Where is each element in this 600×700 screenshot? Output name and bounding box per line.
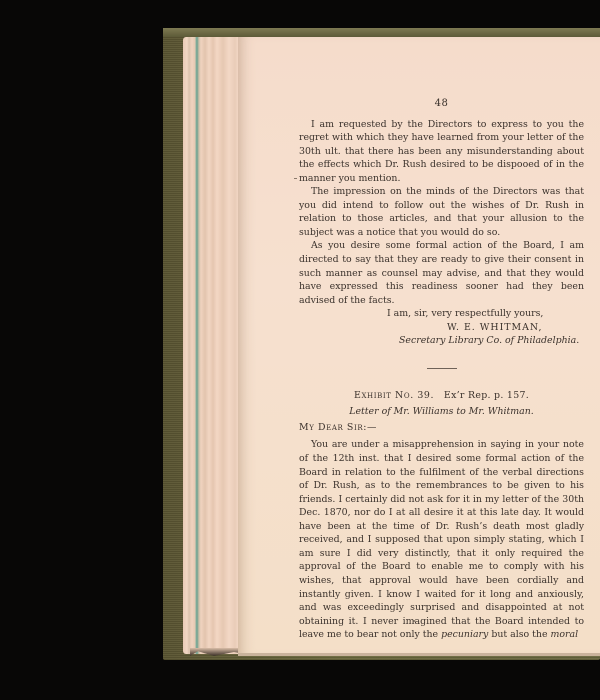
page-mark [413, 620, 415, 622]
book-scan: 48 I am requested by the Directors to ex… [0, 0, 600, 700]
page-number: 48 [299, 97, 584, 111]
exhibit-label: Exhibit No. 39. [354, 390, 434, 401]
salutation: My Dear Sir:— [299, 421, 584, 435]
exhibit-reference: Ex’r Rep. p. 157. [444, 390, 529, 401]
page-edges-stack [183, 37, 243, 654]
body-text: You are under a misapprehension in sayin… [299, 439, 584, 640]
book-cover-top-edge [163, 28, 600, 37]
section-divider [427, 368, 457, 369]
margin-mark [294, 178, 297, 179]
paragraph: As you desire some formal action of the … [299, 239, 584, 307]
paragraph: You are under a misapprehension in sayin… [299, 438, 584, 641]
page-text: 48 I am requested by the Directors to ex… [299, 97, 584, 642]
signature-title: Secretary Library Co. of Philadelphia. [299, 334, 584, 348]
letter-whitman: I am requested by the Directors to expre… [299, 118, 584, 348]
italic-word: pecuniary [441, 629, 488, 640]
letter-title: Letter of Mr. Williams to Mr. Whitman. [299, 405, 584, 419]
signature-name: W. E. WHITMAN, [299, 321, 584, 335]
paragraph: The impression on the minds of the Direc… [299, 185, 584, 239]
exhibit-heading: Exhibit No. 39. Ex’r Rep. p. 157. [299, 389, 584, 403]
paragraph: I am requested by the Directors to expre… [299, 118, 584, 186]
italic-word: moral [550, 629, 578, 640]
closing-line: I am, sir, very respectfully yours, [299, 307, 584, 321]
page-bottom-edge [238, 653, 600, 656]
body-text: but also the [488, 629, 550, 640]
